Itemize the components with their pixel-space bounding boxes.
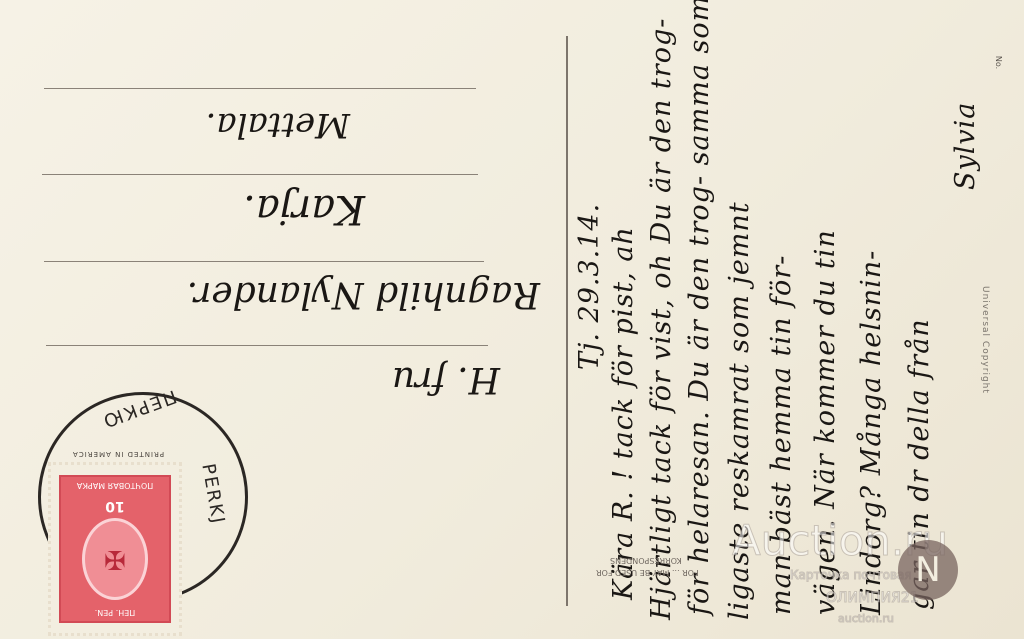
message-line-3: för helaresan. Du är den trog- samma som… xyxy=(684,0,715,615)
message-line-2: Hjärtligt tack för vist, oh Du är den tr… xyxy=(646,18,677,620)
message-line-1: Kära R. ! tack för pist, ah xyxy=(608,226,639,600)
publisher-line-1: KORRESPONDENS xyxy=(610,556,682,565)
copyright-text: Universal Copyright xyxy=(980,286,990,394)
address-line-3 xyxy=(44,261,484,262)
eagle-emblem-icon: ✠ xyxy=(82,518,148,600)
stamp-value: 10 xyxy=(105,498,124,514)
center-divider xyxy=(566,36,568,606)
stamp-currency: ПЕН. PEN. xyxy=(93,604,138,621)
address-line1-text: H. fru xyxy=(392,359,500,400)
postcard-scan: Mettala. Karja. Ragnhild Nylander. H. fr… xyxy=(0,0,1024,639)
address-line4-text: Mettala. xyxy=(206,105,350,145)
number-mark: No. xyxy=(994,56,1003,69)
watermark-seller: ОЛИМПИЯ21 xyxy=(826,590,919,606)
printed-in-america: PRINTED IN AMERICA xyxy=(72,450,164,458)
message-signature: Sylvia xyxy=(950,102,981,190)
address-line-4 xyxy=(46,345,488,346)
message-date: Tj. 29.3.14. xyxy=(574,203,605,370)
postage-stamp: ПЕН. PEN. ✠ 10 ПОЧТОВАЯ МАРКА xyxy=(48,462,182,636)
address-line2-text: Ragnhild Nylander. xyxy=(187,274,540,315)
address-line-1 xyxy=(44,88,476,89)
publisher-line-2: FOR ... MAY BE USED FOR xyxy=(596,568,699,577)
watermark-site: auction.ru xyxy=(838,612,894,625)
stamp-inscription: ПОЧТОВАЯ МАРКА xyxy=(75,477,155,494)
address-line-2 xyxy=(42,174,478,175)
auction-logo-icon: N xyxy=(898,540,958,600)
address-line3-text: Karja. xyxy=(243,186,365,232)
watermark-label: Карточка почтовая xyxy=(790,568,912,582)
